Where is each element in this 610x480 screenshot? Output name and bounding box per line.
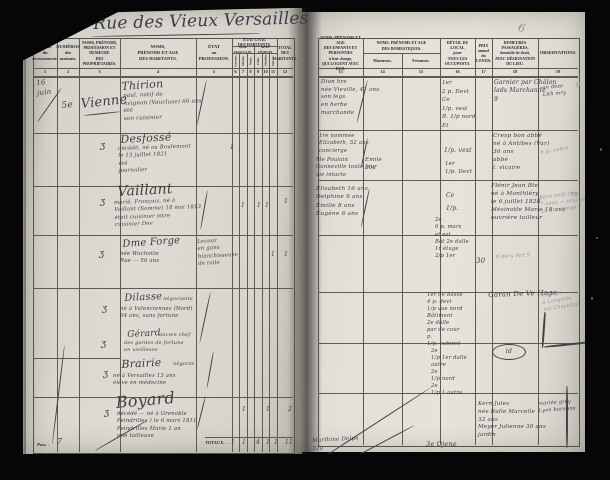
inhabitant-details: né à Valenciennes (Nord) 64 ans, sans fo…: [120, 306, 193, 321]
header-sub-mariees: Mariées.: [262, 53, 269, 68]
col-number: 1: [33, 68, 57, 76]
inhabitant-details: décédé, né au Boulemont le 13 juillet 18…: [118, 143, 192, 175]
inhabitant-name: Brairie: [121, 355, 162, 372]
idem-oval: id: [492, 344, 526, 360]
header-domestiques-femmes: Femmes.: [402, 53, 440, 68]
scan-speck: [596, 237, 598, 239]
totals-value: 1: [242, 439, 246, 447]
inhabitant-side-note: négocte: [173, 361, 195, 368]
column-line: [247, 53, 248, 452]
column-line: [239, 53, 240, 452]
col-number: 19: [538, 68, 578, 76]
observation-pencil-mark: 9: [576, 81, 581, 91]
entry-date: 16 juin: [36, 78, 52, 99]
residence-entry: Kern Jules née Bulle Marcelle 32 ans Mey…: [478, 401, 546, 440]
ditto-mark: ʒ: [102, 303, 107, 316]
totals-value: 1: [274, 439, 278, 447]
ditto-mark: ʒ: [101, 338, 106, 351]
col-number: 16: [440, 68, 475, 76]
column-line: [402, 53, 403, 445]
scan-black-left: [0, 0, 23, 480]
totals-value: 1: [266, 439, 270, 447]
ink-stroke: [566, 386, 568, 448]
servant-men-entry: Emile 20a: [365, 157, 382, 172]
below-table-entry: 3e Ojene: [426, 440, 457, 449]
header-sub-garcons: Garçons.: [232, 53, 239, 68]
inhabitant-name: Dilasse: [124, 290, 163, 306]
tally-mark: 1: [242, 406, 246, 414]
children-entry: 1re nommée Elizabeth, 52 ans concierge: [319, 133, 369, 155]
ditto-mark: ʒ: [99, 248, 104, 261]
col-number: 18: [492, 68, 538, 76]
header-enfants: NOMS, PRÉNOMS ET AGE DES ENFANTS ET PERS…: [318, 38, 363, 68]
lodging-detail-entry: 2e 6 p. mars et est Bât 2e dalle 1r étag…: [435, 217, 469, 261]
observation-entry: un deze Lith mry: [542, 83, 566, 99]
tally-mark: 1: [265, 202, 269, 210]
row-line: [33, 288, 293, 289]
inhabitant-details: des gardes de fortune en vieillesse: [124, 340, 184, 354]
lodging-detail-entry: 1/p. vest: [444, 147, 472, 155]
header-habitants: NOMS, PRÉNOMS ET AGE DES HABITANTS.: [120, 38, 196, 68]
tally-mark: 2: [288, 406, 292, 414]
header-sexe-masculin: SEXE MASCULIN.: [232, 46, 254, 53]
scanned-census-register: Rue des Vieux Versailles JOUR du recense…: [0, 0, 610, 480]
observation-entry: mariée grey Lyon baronne: [538, 398, 576, 415]
row-line: [318, 180, 578, 181]
tally-mark: 1: [266, 406, 270, 414]
header-detail-local: DÉTAIL DE LOCAL pour TOUS LES OCCUPANTS.: [440, 38, 475, 68]
header-domestiques-hommes: Hommes.: [363, 53, 402, 68]
observation-pencil-number: 78: [570, 192, 578, 200]
scan-black-right: [585, 0, 610, 480]
tally-mark: 1: [284, 198, 288, 206]
house-number: 5e: [61, 99, 74, 113]
inhabitant-details: décédé — né à Grenoble Feindrilles ) le …: [117, 411, 197, 441]
children-entry: Dion hre née Vieville, 41 ans son legs e…: [321, 79, 379, 117]
col-number: 6: [232, 68, 239, 76]
header-sub-filles: Filles.: [254, 53, 262, 68]
col-number: 3: [79, 68, 120, 76]
header-demeures-passageres: DEMEURES PASSAGÈRES, domicile de droit, …: [492, 38, 538, 68]
ditto-mark: ʒ: [104, 407, 109, 420]
header-etat-profession: ÉTAT ou PROFESSION.: [196, 38, 232, 68]
header-bottom-line: [33, 76, 293, 78]
col-number: 13: [318, 68, 363, 76]
idem-text: id: [506, 348, 512, 356]
profession-entry: Lecour en gans blanchisseuse de toile: [197, 237, 239, 269]
column-line: [262, 53, 263, 452]
ditto-mark: ʒ: [103, 368, 108, 381]
header-observations: OBSERVATIONS.: [538, 38, 578, 68]
header-proprietaires: NOMS, PRÉNOMS, PROFESSION ET DEMEURE DES…: [79, 38, 120, 68]
row-line: [318, 130, 578, 131]
header-domestiques-group: NOMS, PRÉNOMS ET AGE DES DOMESTIQUES.: [363, 38, 440, 53]
col-number: 15: [402, 68, 440, 76]
lodging-detail-entry: Ce 1/p.: [446, 190, 458, 215]
col-number: 10: [262, 68, 269, 76]
lodging-detail-entry: 2e 1/p 1er dalle autre 2e 1/p nord 2e 1/…: [431, 348, 467, 397]
tally-mark: 1: [241, 202, 245, 210]
header-numeros: NUMÉROS des maisons.: [57, 38, 79, 68]
col-number: 14: [363, 68, 402, 76]
children-entry: Elisabeth 16 ans Delphine 9 ans Emilie 8…: [316, 185, 368, 219]
lodging-detail-entry: 1er 1/p. Devt: [445, 161, 472, 176]
totals-value: 11: [285, 439, 293, 447]
header-total: TOTAL DES HABITANTS.: [277, 38, 293, 68]
col-number: 9: [254, 68, 262, 76]
lodging-detail-entry: 1er 2 p. Devt Ce 1/p. vest R. 1/p nord E…: [442, 79, 475, 130]
pass-value: 7: [57, 436, 62, 447]
inhabitant-details: paul, natif de Avignon (Vaucluse) 66 ans…: [123, 90, 202, 123]
column-line: [492, 38, 493, 445]
scan-speck: [600, 148, 602, 151]
col-number: 7: [239, 68, 247, 76]
inhabitant-details: né à Versailles 13 ans élève en médecine: [113, 373, 176, 388]
column-line: [277, 38, 278, 452]
inhabitant-side-note: ancien chef: [159, 332, 190, 339]
tally-mark: 1: [230, 144, 234, 152]
header-sub-veufs: Veufs.: [247, 53, 254, 68]
ditto-mark: ʒ: [100, 196, 105, 209]
pass-label: Pass. .: [35, 441, 51, 449]
header-sub-maries: Mariés.: [239, 53, 247, 68]
column-line: [254, 46, 255, 452]
col-number: 12: [277, 68, 293, 76]
scan-black-bottom: [0, 452, 610, 480]
scan-speck: [591, 297, 593, 300]
rent-price-value: 30: [476, 257, 485, 267]
inhabitant-details: née Wachotte Rue — 56 ans: [120, 251, 159, 266]
column-line: [269, 53, 270, 452]
totals-value: 1: [231, 439, 235, 447]
col-number: 5: [196, 68, 232, 76]
row-line-partial: [33, 358, 120, 359]
tally-mark: 1: [271, 251, 275, 259]
lodging-detail-entry: 1er de basse 4 p. devt 1/p vue nord Bâti…: [427, 292, 463, 348]
tally-mark: 1: [257, 202, 261, 210]
totals-label: TOTAUX. . .: [204, 438, 230, 448]
col-number: 8: [247, 68, 254, 76]
inhabitant-details: marié, François, né à Vaillant (Somme) 1…: [114, 197, 202, 230]
col-number: 11: [269, 68, 277, 76]
inhabitant-side-note: négociante: [163, 296, 193, 303]
col-number: 2: [57, 68, 79, 76]
totals-value: 4: [256, 439, 260, 447]
col-number: 17: [475, 68, 492, 76]
col-number: 4: [120, 68, 196, 76]
tally-mark: 1: [284, 251, 288, 259]
ditto-mark: ʒ: [100, 140, 105, 153]
header-bottom-line: [318, 76, 578, 78]
header-prix-loyer: PRIX annuel du LOYER.: [475, 38, 492, 68]
